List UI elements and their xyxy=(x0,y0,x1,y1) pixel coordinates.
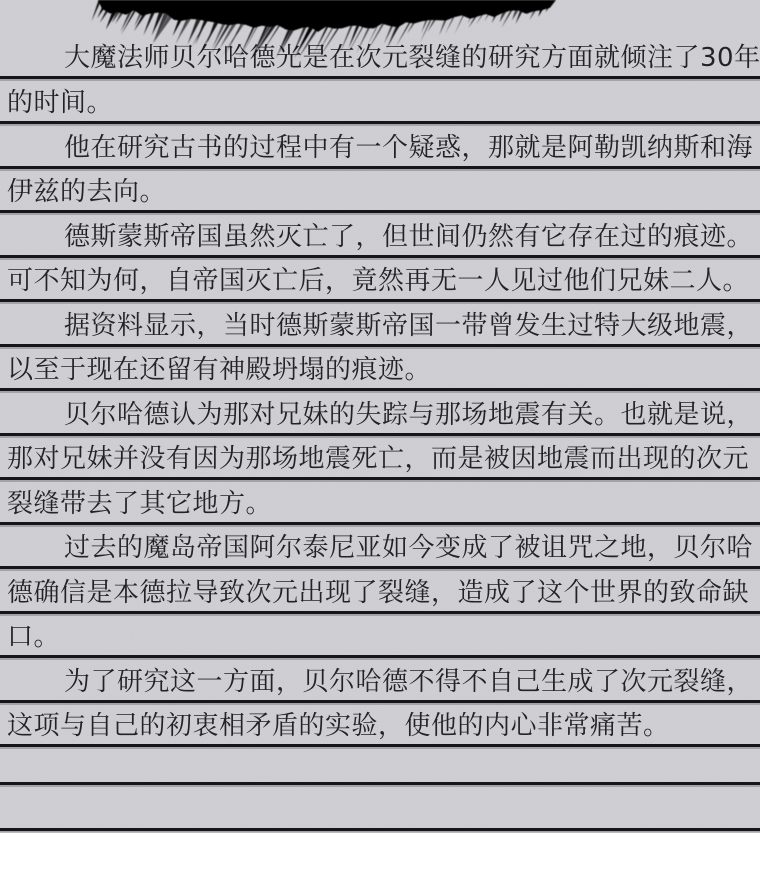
text-line: 为了研究这一方面，贝尔哈德不得不自己生成了次元裂缝， xyxy=(0,662,760,700)
speed-lines-burst-icon xyxy=(0,0,760,62)
bottom-white-margin xyxy=(0,832,760,889)
text-line: 他在研究古书的过程中有一个疑惑，那就是阿勒凯纳斯和海 xyxy=(0,128,760,166)
ruled-line xyxy=(0,700,760,703)
ruled-line xyxy=(0,388,760,391)
ruled-line xyxy=(0,210,760,213)
text-line: 德斯蒙斯帝国虽然灭亡了，但世间仍然有它存在过的痕迹。 xyxy=(0,217,760,255)
text-line: 伊兹的去向。 xyxy=(0,172,760,210)
ruled-line xyxy=(0,166,760,169)
text-line: 过去的魔岛帝国阿尔泰尼亚如今变成了被诅咒之地，贝尔哈 xyxy=(0,528,760,566)
ruled-line xyxy=(0,744,760,747)
ruled-line xyxy=(0,121,760,124)
text-line: 那对兄妹并没有因为那场地震死亡，而是被因地震而出现的次元 xyxy=(0,439,760,477)
ruled-line xyxy=(0,655,760,658)
lined-paper: 大魔法师贝尔哈德光是在次元裂缝的研究方面就倾注了30年 的时间。 他在研究古书的… xyxy=(0,0,760,832)
manga-text-page: 大魔法师贝尔哈德光是在次元裂缝的研究方面就倾注了30年 的时间。 他在研究古书的… xyxy=(0,0,760,889)
ruled-line xyxy=(0,782,760,785)
text-line: 德确信是本德拉导致次元出现了裂缝，造成了这个世界的致命缺 xyxy=(0,573,760,611)
ruled-line xyxy=(0,828,760,831)
text-line: 的时间。 xyxy=(0,83,760,121)
ruled-line xyxy=(0,433,760,436)
ruled-line xyxy=(0,299,760,302)
text-line: 贝尔哈德认为那对兄妹的失踪与那场地震有关。也就是说， xyxy=(0,395,760,433)
text-line: 这项与自己的初衷相矛盾的实验，使他的内心非常痛苦。 xyxy=(0,706,760,744)
text-line: 以至于现在还留有神殿坍塌的痕迹。 xyxy=(0,350,760,388)
text-line: 口。 xyxy=(0,617,760,655)
ruled-line xyxy=(0,255,760,258)
text-line: 可不知为何，自帝国灭亡后，竟然再无一人见过他们兄妹二人。 xyxy=(0,261,760,299)
ruled-line xyxy=(0,611,760,614)
ruled-line xyxy=(0,522,760,525)
ruled-line xyxy=(0,344,760,347)
ruled-line xyxy=(0,76,760,79)
text-line: 裂缝带去了其它地方。 xyxy=(0,484,760,522)
ruled-line xyxy=(0,477,760,480)
ruled-line xyxy=(0,566,760,569)
text-line: 据资料显示，当时德斯蒙斯帝国一带曾发生过特大级地震， xyxy=(0,306,760,344)
